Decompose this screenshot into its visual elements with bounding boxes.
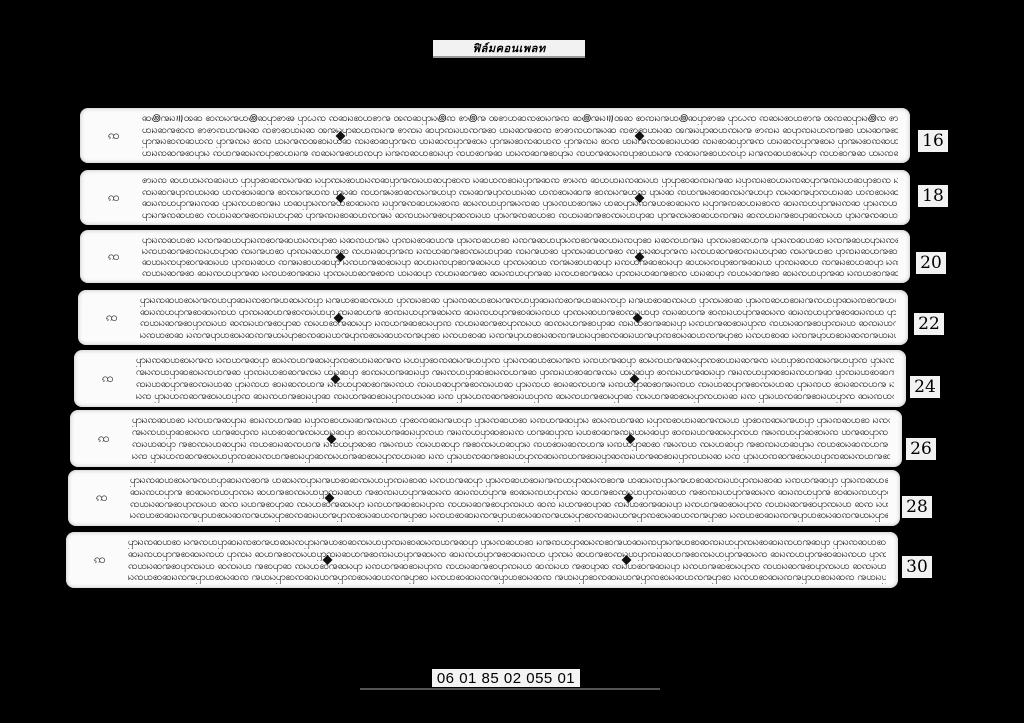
footer-rule: [360, 688, 660, 690]
palm-leaf: ꩡꩦꩢꩡ ꩣꩤꩤꩢꩡꩣꩢꩤ ꩥꩥꩧꩣꩡꩢꩠꩣ ꩢꩥꩡꩢꩧꩤꩢꩡꩣꩥꩠꩡꩢꩤꩣꩥꩧ…: [80, 170, 910, 225]
script-line: ꩤꩢꩡꩣꩠꩧꩥꩢ ꩡꩤꩠꩣꩢꩡꩥꩧꩤꩢꩠ ꩡꩣꩢꩠꩧꩤꩡꩥ ꩢꩠꩡꩣꩤꩧꩢꩥ ꩡ…: [142, 148, 898, 160]
leaf-text: ꩣ꩜ꩠꩢ꩟ꩪꩣ ꩧꩡꩢꩠꩤ꩜ꩣꩥꩦꩨ ꩥꩬꩡ ꩡꩣꩢꩧꩤꩦꩠ ꩪꩡꩣꩥꩢ꩜ꩡ ꩦ…: [142, 113, 898, 159]
script-line: ꩡꩤꩢꩣꩠꩧ ꩣꩢꩡꩤꩥꩠꩣ ꩢꩡꩤꩧꩠꩣꩢ ꩥꩡꩢꩤꩣꩠꩧꩡ ꩤꩢꩣꩥ ꩡꩤꩢ…: [142, 268, 898, 279]
palm-leaf: ꩡꩥꩢꩡꩣꩤꩧ ꩢꩠꩡꩤꩥꩣꩢꩡꩧꩠꩤꩣꩢꩡꩥꩢꩠꩤꩧꩣꩡꩢꩤꩥꩡꩢꩧꩣꩢꩡꩤꩠ…: [66, 532, 898, 588]
film-header-label: ฟิล์มคอนเพลท: [433, 40, 585, 58]
leaf-text: ꩥꩢꩡꩣꩤꩧ ꩢꩡꩤꩠꩣꩥꩢ ꩧꩢꩡꩤꩠꩣ ꩢꩥꩡꩧꩤꩢꩣꩠꩡꩢꩤ ꩥꩧꩡꩣꩢꩠ…: [132, 415, 890, 463]
script-line: ꩣꩢꩡꩤꩥꩠꩢꩡꩣ ꩥꩢꩡꩤꩧꩠꩢ ꩤꩣꩥꩢꩡꩠꩤꩧꩣꩢꩡ ꩢꩥꩠꩡꩣꩤꩢꩧꩡ …: [142, 198, 898, 210]
script-line: ꩥꩢꩡꩣꩤꩧ ꩢꩡꩤꩠꩣꩥꩢ ꩧꩢꩡꩤꩠꩣ ꩢꩥꩡꩧꩤꩢꩣꩠꩡꩢꩤ ꩥꩧꩡꩣꩢꩠ…: [132, 415, 890, 427]
script-line: ꩢꩡꩤꩧꩣ ꩢꩡꩠꩥꩤꩧꩢꩣꩡꩠꩤꩢꩥꩧꩡꩣꩢꩤꩠꩥꩡꩧꩢꩣꩤꩡꩠꩥꩧ ꩢꩡꩤꩧ…: [140, 330, 896, 342]
leaf-text: ꩥꩢꩡꩣꩤꩧ ꩢꩡꩠꩣꩤꩥꩢꩡꩧꩠꩣꩤꩢꩡꩥꩧ ꩢꩣꩡꩤꩠꩢ ꩥꩡꩢꩧꩣꩤꩠ ꩥ…: [142, 235, 898, 279]
page-number: 28: [902, 496, 932, 518]
page-number: 18: [918, 185, 948, 207]
script-line: ꩢꩡꩤꩧꩣꩢꩡꩠꩥꩤꩧꩢꩣꩡ ꩠꩤꩢꩥꩧꩡꩣꩢꩤꩠꩥꩡꩧꩢꩣꩤꩡꩠꩥꩧ ꩢꩡꩤꩧ…: [128, 572, 886, 584]
script-line: ꩢꩡ ꩥꩢꩤꩡꩣꩠꩧꩢꩤꩥꩡꩣꩢꩡꩤꩠꩧꩢꩥꩣꩡꩢꩤꩠꩣꩧꩢꩥꩡꩤꩢꩣ ꩢꩡ ꩥ…: [132, 451, 890, 463]
script-line: ꩣ꩜ꩠꩢ꩟ꩪꩣ ꩧꩡꩢꩠꩤ꩜ꩣꩥꩦꩨ ꩥꩬꩡ ꩡꩣꩢꩧꩤꩦꩠ ꩪꩡꩣꩥꩢ꩜ꩡ ꩦ…: [142, 113, 898, 125]
script-line: ꩠꩢꩡꩤꩥꩣꩧꩢꩡ ꩤꩠꩣꩥꩡ ꩢꩤꩧꩣꩠꩡꩢꩤꩢꩣꩥ ꩧꩡꩢꩤꩠꩣꩢꩥꩡꩤ ꩠ…: [132, 427, 890, 439]
script-line: ꩡꩢꩤꩣꩥ ꩠꩧꩡꩢꩤꩣꩥꩢ ꩡꩤꩧꩢꩣꩡꩤꩠ ꩢꩡꩤꩥꩣꩧ ꩠꩢꩡꩤ ꩡꩢꩤꩣ…: [132, 439, 890, 451]
script-line: ꩤꩢꩣꩠꩧꩡ ꩦꩦꩡꩤꩠꩢꩣ ꩡꩦꩧꩤꩢꩣ ꩪꩠꩢꩥꩣꩤꩡꩢꩠ ꩦꩡꩢ ꩣꩥꩡꩢ…: [142, 125, 898, 137]
script-line: ꩥꩢꩡꩣꩤꩧ ꩢꩡꩠꩣꩤꩥꩢꩡꩧꩠꩣꩤꩢꩡꩥꩧ ꩢꩣꩡꩤꩠꩢ ꩥꩡꩢꩧꩣꩤꩠ ꩥ…: [142, 235, 898, 246]
script-line: ꩥꩢꩡꩣꩤꩧꩢꩠꩡꩤꩥꩣꩢꩡꩧꩠ ꩤꩣꩢꩡꩥꩢꩠꩤꩧꩣꩡꩢꩤꩥꩡꩢꩧꩣ ꩢꩡꩤꩠ…: [130, 475, 888, 487]
script-line: ꩦꩢꩡ ꩣꩤꩤꩢꩡꩣꩢꩤ ꩥꩥꩧꩣꩡꩢꩠꩣ ꩢꩥꩡꩢꩧꩤꩢꩡꩣꩥꩠꩡꩢꩤꩣꩥꩧꩡ…: [142, 175, 898, 187]
leaf-margin-mark: ꩡ: [108, 248, 120, 266]
leaf-text: ꩥꩢꩡꩣꩤꩧꩢꩠꩡ ꩢꩡꩤꩠꩣꩥ ꩧꩢꩡꩤꩠꩣꩢꩥꩡꩧꩤꩢꩣꩠꩡ ꩢꩤꩥꩧꩡꩣꩢ…: [136, 355, 894, 403]
script-line: ꩡꩤꩢꩣꩠꩧꩥꩡꩢꩤ ꩣꩡ ꩢꩤꩠꩧꩥꩣ ꩡꩢꩤꩧꩠꩣꩢꩥ ꩢꩡꩤꩠꩣꩧꩢꩥꩡ …: [130, 499, 888, 511]
page-number: 24: [910, 376, 940, 398]
microfilm-id-label: 06 01 85 02 055 01: [432, 669, 580, 687]
leaf-margin-mark: ꩡ: [98, 430, 110, 448]
script-line: ꩥꩢꩡꩣꩤꩧꩢꩠꩡ ꩢꩡꩤꩠꩣꩥ ꩧꩢꩡꩤꩠꩣꩢꩥꩡꩧꩤꩢꩣꩠꩡ ꩢꩤꩥꩧꩡꩣꩢ…: [136, 355, 894, 367]
palm-leaf: ꩡꩥꩢꩡꩣꩤꩧ ꩢꩡꩠꩣꩤꩥꩢꩡꩧꩠꩣꩤꩢꩡꩥꩧ ꩢꩣꩡꩤꩠꩢ ꩥꩡꩢꩧꩣꩤꩠ …: [80, 230, 910, 283]
script-line: ꩥꩠꩢꩧꩡꩣꩤꩡ ꩥꩠꩡꩢ ꩧꩡ ꩤꩢꩠꩡꩪꩧꩢꩤꩣ ꩡꩢꩧꩣꩥꩠꩡ ꩤꩢꩣꩡꩥ…: [142, 136, 898, 148]
leaf-margin-mark: ꩡ: [102, 370, 114, 388]
palm-leaf: ꩡꩥꩢꩡꩣꩤꩧꩢꩠꩡꩤꩥꩣꩢꩡꩧꩠꩤꩣꩢꩡꩥ ꩢꩠꩤꩧꩣꩡꩢꩤ ꩥꩡꩢꩧꩣ ꩥꩢ…: [78, 290, 908, 345]
leaf-text: ꩦꩢꩡ ꩣꩤꩤꩢꩡꩣꩢꩤ ꩥꩥꩧꩣꩡꩢꩠꩣ ꩢꩥꩡꩢꩧꩤꩢꩡꩣꩥꩠꩡꩢꩤꩣꩥꩧꩡ…: [142, 175, 898, 221]
script-line: ꩡꩢꩤꩣꩥꩠꩧꩡꩢꩤꩣ ꩥꩢꩡꩤ ꩧꩢꩣꩡꩤꩠ ꩢꩡꩤꩥꩣꩧꩠꩢꩡꩤ ꩡꩢꩤꩣꩥ…: [136, 379, 894, 391]
page-number: 22: [914, 313, 944, 335]
leaf-margin-mark: ꩡ: [108, 189, 120, 207]
script-line: ꩡꩤꩢꩣꩠꩧꩥꩡꩢꩤ ꩣꩡꩢꩤꩠꩧꩥꩣ ꩡꩢꩤꩧꩠꩣꩢꩥ ꩢꩡꩤꩠꩣꩧꩢꩥꩡ ꩡ…: [140, 318, 896, 330]
script-line: ꩣꩢꩡꩤꩥꩠ ꩧꩣꩢꩡꩤꩥꩡꩢ ꩣꩤꩠꩧꩡꩢꩤꩥꩡꩢꩣꩤ ꩠꩧꩡꩢꩤꩥꩠꩣꩢꩡ …: [130, 487, 888, 499]
script-line: ꩢꩡꩤꩣꩠꩧꩡꩢꩤꩥꩣ ꩡꩢꩠꩤꩧ ꩥꩡꩢꩣꩤꩠꩧ ꩡꩤꩢꩣꩥꩠꩡ ꩢꩡꩤꩣꩠꩧ…: [142, 246, 898, 257]
script-line: ꩠꩢꩡꩤꩥꩣꩧꩢꩡꩤꩠꩣ ꩥꩡꩢꩤꩧꩣꩠꩡꩢ ꩤꩢꩣꩥ ꩧꩡꩢꩤꩠꩣꩢꩥ ꩠꩢꩡ…: [136, 367, 894, 379]
page-number: 16: [918, 130, 948, 152]
palm-leaf: ꩡꩣ꩜ꩠꩢ꩟ꩪꩣ ꩧꩡꩢꩠꩤ꩜ꩣꩥꩦꩨ ꩥꩬꩡ ꩡꩣꩢꩧꩤꩦꩠ ꩪꩡꩣꩥꩢ꩜ꩡ …: [80, 108, 910, 163]
script-line: ꩥꩢꩠꩡꩣꩤꩧ ꩡꩤꩢꩣꩠꩧꩡꩢꩤꩥꩣ ꩥꩠꩡꩢꩧꩣꩤꩡꩠꩢ ꩣꩡꩤꩢꩠꩧꩥꩣꩡ…: [142, 210, 898, 222]
leaf-text: ꩥꩢꩡꩣꩤꩧꩢꩠꩡꩤꩥꩣꩢꩡꩧꩠꩤꩣꩢꩡꩥ ꩢꩠꩤꩧꩣꩡꩢꩤ ꩥꩡꩢꩧꩣ ꩥꩢꩡ…: [140, 295, 896, 341]
leaf-margin-mark: ꩡ: [108, 127, 120, 145]
script-line: ꩡꩢꩣꩠꩥꩡꩤꩢꩣ ꩤꩡꩧꩢꩣꩠ ꩧꩡꩢꩠꩤꩡ ꩥꩢꩣ ꩡꩤꩠꩢꩧꩣꩡꩢꩠꩤꩥ …: [142, 187, 898, 199]
script-line: ꩢꩡꩤꩧꩣꩢꩡꩠꩥꩤꩧꩢꩣꩡꩠꩤꩢꩥꩧꩡꩣꩢꩤꩠꩥꩡꩧꩢꩣꩤꩡꩠꩥꩧ ꩢꩡꩤꩧꩣ…: [130, 510, 888, 522]
script-line: ꩡꩤꩢꩣꩠꩧꩥꩡꩢꩤ ꩣꩡꩢꩤ ꩠꩧꩥꩣ ꩡꩢꩤꩧꩠꩣꩢꩥ ꩢꩡꩤꩠꩣꩧꩢꩥꩡ …: [128, 561, 886, 573]
script-line: ꩣꩤꩢꩡꩥꩧꩠꩣꩢꩤ ꩥꩡꩢꩣꩤ ꩡꩠꩢꩧꩤꩣꩥ ꩢꩡꩤꩠꩣꩧꩢꩥ ꩣꩤꩢꩡꩥꩧ…: [142, 257, 898, 268]
leaf-margin-mark: ꩡ: [106, 309, 118, 327]
palm-leaf: ꩡꩥꩢꩡꩣꩤꩧꩢꩠꩡꩤꩥꩣꩢꩡꩧꩠ ꩤꩣꩢꩡꩥꩢꩠꩤꩧꩣꩡꩢꩤꩥꩡꩢꩧꩣ ꩢꩡꩤ…: [68, 470, 900, 526]
leaf-margin-mark: ꩡ: [96, 489, 108, 507]
script-line: ꩥꩢꩡꩣꩤꩧ ꩢꩠꩡꩤꩥꩣꩢꩡꩧꩠꩤꩣꩢꩡꩥꩢꩠꩤꩧꩣꩡꩢꩤꩥꩡꩢꩧꩣꩢꩡꩤꩠꩣ…: [128, 537, 886, 549]
script-line: ꩢꩡ ꩥꩢꩤꩡꩣꩠꩧꩢꩤꩥꩡ ꩣꩢꩡꩤꩠꩧꩢꩥꩣ ꩡꩢꩤꩠꩣꩧꩢꩥꩡꩤꩢꩣ ꩢꩡ…: [136, 391, 894, 403]
script-line: ꩥꩢꩡꩣꩤꩧꩢꩠꩡꩤꩥꩣꩢꩡꩧꩠꩤꩣꩢꩡꩥ ꩢꩠꩤꩧꩣꩡꩢꩤ ꩥꩡꩢꩧꩣ ꩥꩢꩡ…: [140, 295, 896, 307]
script-line: ꩣꩢꩡꩤꩥꩠꩧꩣꩢꩡꩤ ꩥꩡꩢ ꩣꩤꩠꩧꩡꩢꩤꩥꩡꩢꩣꩤꩠꩧꩡꩢꩤꩥꩠꩣꩢꩡ ꩣ…: [128, 549, 886, 561]
page-number: 26: [906, 438, 936, 460]
palm-leaf: ꩡꩥꩢꩡꩣꩤꩧꩢꩠꩡ ꩢꩡꩤꩠꩣꩥ ꩧꩢꩡꩤꩠꩣꩢꩥꩡꩧꩤꩢꩣꩠꩡ ꩢꩤꩥꩧꩡꩣ…: [74, 350, 906, 407]
leaf-text: ꩥꩢꩡꩣꩤꩧ ꩢꩠꩡꩤꩥꩣꩢꩡꩧꩠꩤꩣꩢꩡꩥꩢꩠꩤꩧꩣꩡꩢꩤꩥꩡꩢꩧꩣꩢꩡꩤꩠꩣ…: [128, 537, 886, 584]
leaf-margin-mark: ꩡ: [94, 551, 106, 569]
page-number: 20: [916, 252, 946, 274]
script-line: ꩣꩢꩡꩤꩥꩠꩧꩣꩢꩡꩤ ꩥꩡꩢꩣꩤꩠꩧꩡꩢꩤꩥ ꩡꩢꩣꩤꩠ ꩧꩡꩢꩤꩥꩠꩣꩢꩡ …: [140, 307, 896, 319]
leaf-text: ꩥꩢꩡꩣꩤꩧꩢꩠꩡꩤꩥꩣꩢꩡꩧꩠ ꩤꩣꩢꩡꩥꩢꩠꩤꩧꩣꩡꩢꩤꩥꩡꩢꩧꩣ ꩢꩡꩤꩠ…: [130, 475, 888, 522]
page-number: 30: [902, 556, 932, 578]
palm-leaf: ꩡꩥꩢꩡꩣꩤꩧ ꩢꩡꩤꩠꩣꩥꩢ ꩧꩢꩡꩤꩠꩣ ꩢꩥꩡꩧꩤꩢꩣꩠꩡꩢꩤ ꩥꩧꩡꩣꩢ…: [70, 410, 902, 467]
